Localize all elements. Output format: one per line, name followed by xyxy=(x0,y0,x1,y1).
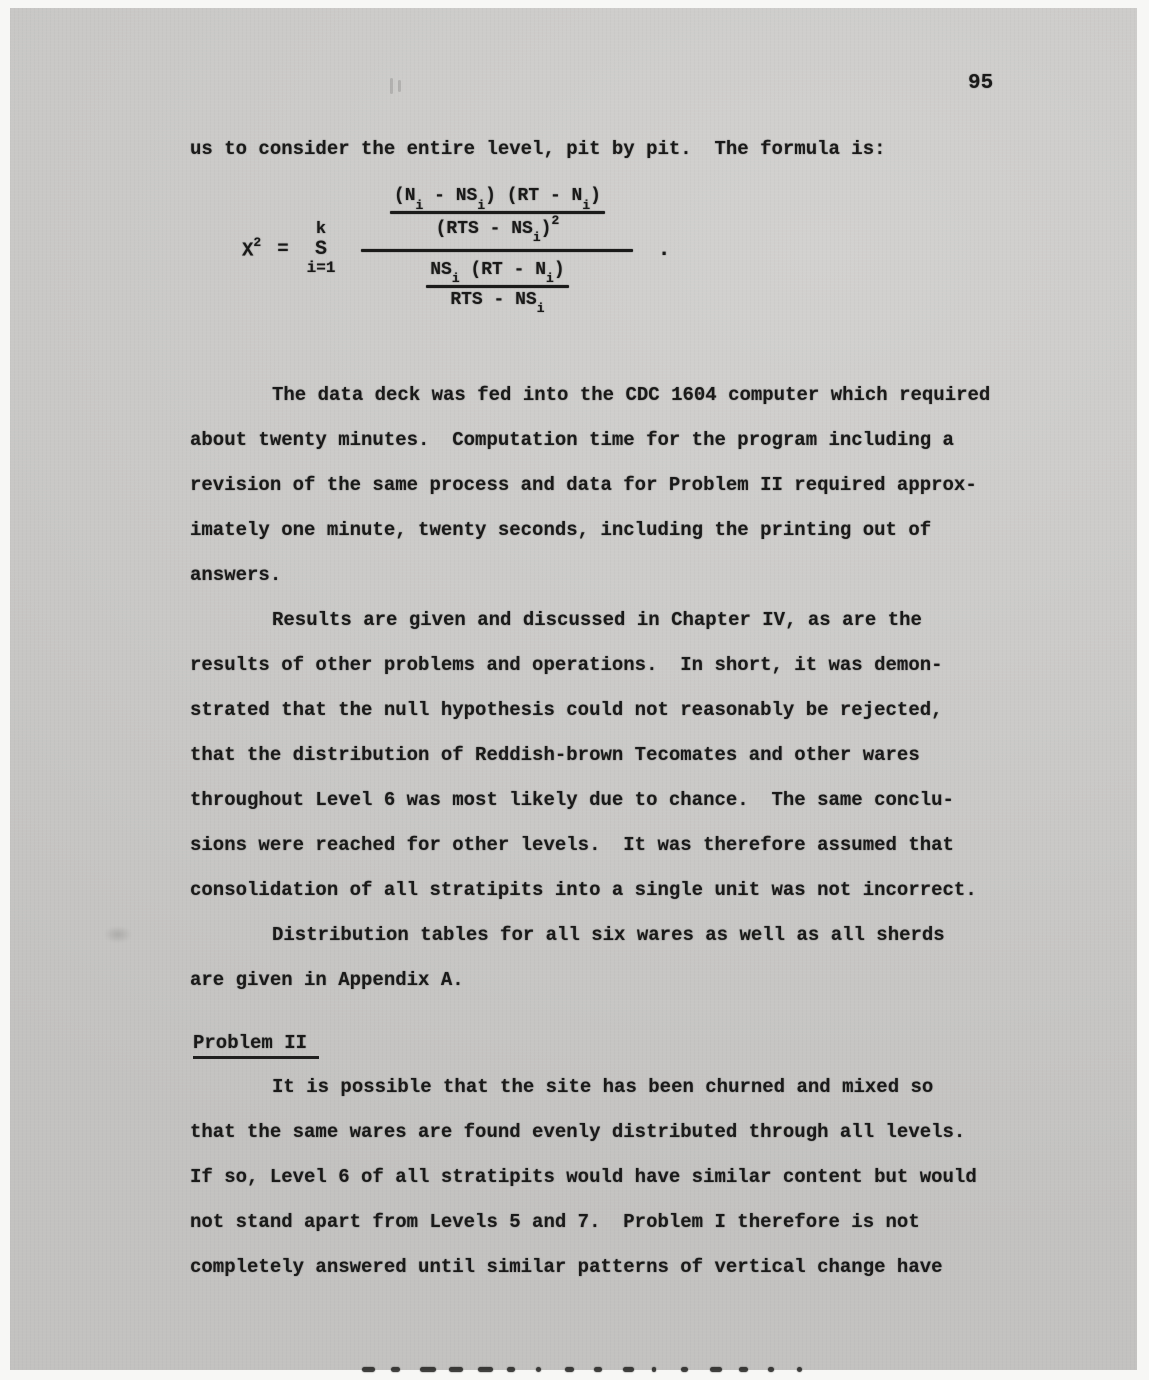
dash-mark xyxy=(536,1367,541,1372)
dash-mark xyxy=(739,1367,748,1372)
text-line: revision of the same process and data fo… xyxy=(190,474,990,519)
upper-numerator: (Ni - NSi) (RT - Ni) xyxy=(390,184,605,211)
text-line: completely answered until similar patter… xyxy=(190,1256,977,1301)
section-heading-problem-ii: Problem II xyxy=(193,1032,319,1059)
dash-mark xyxy=(507,1367,515,1372)
page-number: 95 xyxy=(968,72,993,95)
dash-mark xyxy=(652,1367,656,1372)
text-line: that the distribution of Reddish-brown T… xyxy=(190,744,990,789)
main-fraction-bar xyxy=(361,249,633,252)
lower-sub-fraction: NSi (RT - Ni) RTS - NSi xyxy=(426,258,568,315)
text-line: The data deck was fed into the CDC 1604 … xyxy=(190,384,990,429)
trailing-period: . xyxy=(657,237,670,262)
dash-mark xyxy=(594,1367,602,1372)
dash-mark xyxy=(449,1367,463,1372)
chi-square-formula: X2 = k S i=1 (Ni - NSi) (RT - Ni) (RTS -… xyxy=(242,184,671,314)
dash-mark xyxy=(478,1367,493,1372)
text-line: If so, Level 6 of all stratipits would h… xyxy=(190,1166,977,1211)
text-line: about twenty minutes. Computation time f… xyxy=(190,429,990,474)
smudge-mark xyxy=(390,78,404,96)
text-line: answers. xyxy=(190,564,990,609)
summation-sign: S xyxy=(315,239,327,260)
body-text-block-1: The data deck was fed into the CDC 1604 … xyxy=(190,384,990,1014)
dash-mark xyxy=(420,1367,436,1372)
dash-mark xyxy=(710,1367,722,1372)
dash-mark xyxy=(362,1367,375,1372)
upper-denominator: (RTS - NSi)2 xyxy=(432,214,564,244)
text-line: not stand apart from Levels 5 and 7. Pro… xyxy=(190,1211,977,1256)
text-line: are given in Appendix A. xyxy=(190,969,990,1014)
smudge-mark xyxy=(104,926,132,943)
lower-denominator: RTS - NSi xyxy=(446,288,548,315)
summation-upper-limit: k xyxy=(316,221,326,239)
main-fraction: (Ni - NSi) (RT - Ni) (RTS - NSi)2 NSi (R… xyxy=(361,184,633,314)
text-line: Results are given and discussed in Chapt… xyxy=(190,609,990,654)
summation-symbol: k S i=1 xyxy=(307,221,336,277)
dash-mark xyxy=(623,1367,634,1372)
scanned-page: 95 us to consider the entire level, pit … xyxy=(0,0,1149,1380)
text-line: throughout Level 6 was most likely due t… xyxy=(190,789,990,834)
dash-mark xyxy=(797,1367,802,1372)
intro-line: us to consider the entire level, pit by … xyxy=(190,138,886,160)
text-line: imately one minute, twenty seconds, incl… xyxy=(190,519,990,564)
text-line: strated that the null hypothesis could n… xyxy=(190,699,990,744)
bleedthrough-dash-row xyxy=(362,1364,826,1374)
text-line: that the same wares are found evenly dis… xyxy=(190,1121,977,1166)
body-text-block-2: It is possible that the site has been ch… xyxy=(190,1076,977,1301)
summation-lower-limit: i=1 xyxy=(307,260,336,277)
paper-background: 95 us to consider the entire level, pit … xyxy=(10,8,1137,1370)
text-line: It is possible that the site has been ch… xyxy=(190,1076,977,1121)
dash-mark xyxy=(681,1367,688,1372)
formula-lhs: X2 xyxy=(242,237,261,261)
text-line: Distribution tables for all six wares as… xyxy=(190,924,990,969)
lower-numerator: NSi (RT - Ni) xyxy=(426,258,568,285)
text-line: results of other problems and operations… xyxy=(190,654,990,699)
equals-sign: = xyxy=(277,238,288,260)
dash-mark xyxy=(391,1367,400,1372)
text-line: consolidation of all stratipits into a s… xyxy=(190,879,990,924)
dash-mark xyxy=(565,1367,574,1372)
text-line: sions were reached for other levels. It … xyxy=(190,834,990,879)
upper-sub-fraction: (Ni - NSi) (RT - Ni) (RTS - NSi)2 xyxy=(390,184,605,244)
dash-mark xyxy=(768,1367,774,1372)
